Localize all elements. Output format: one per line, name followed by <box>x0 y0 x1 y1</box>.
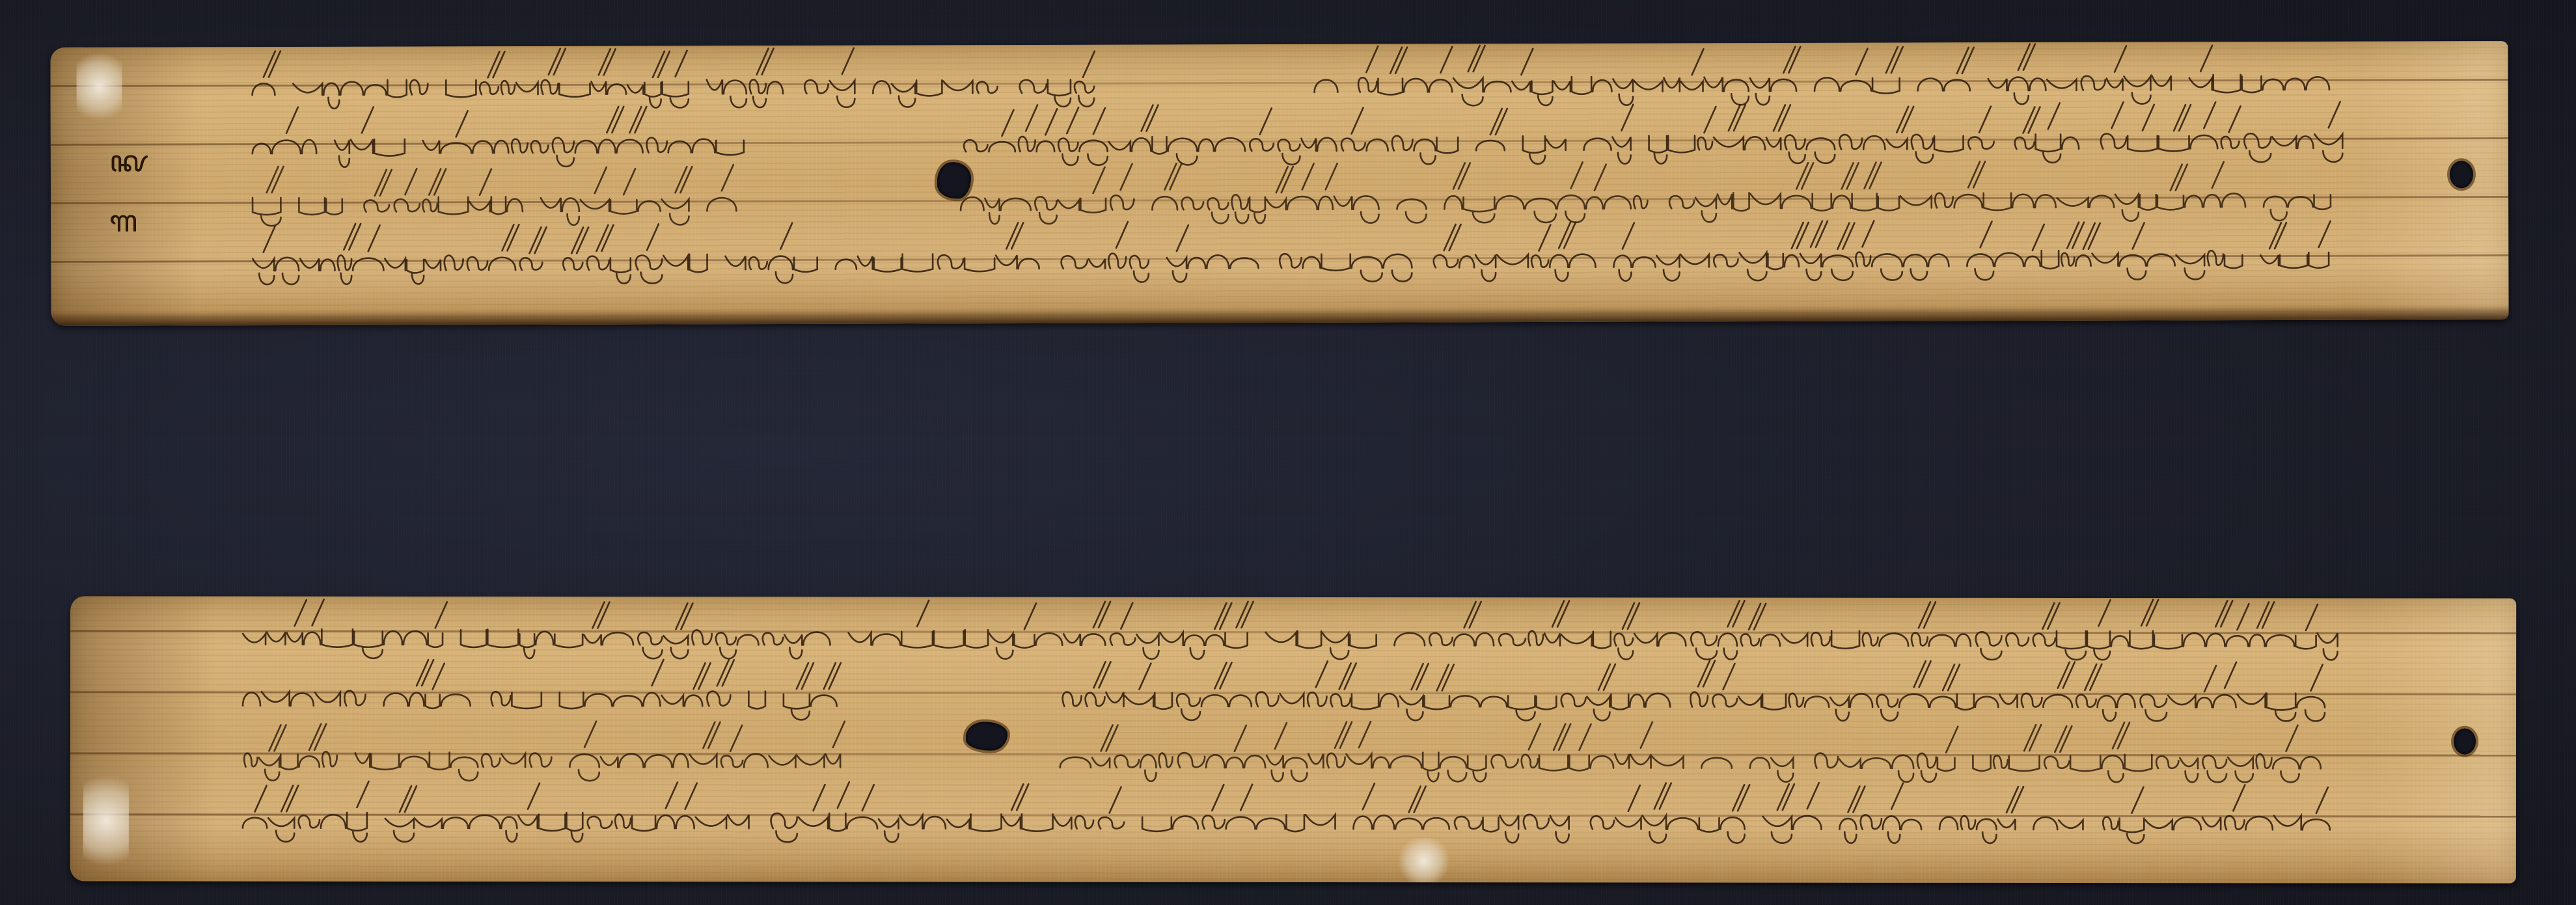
script-line <box>243 788 2338 848</box>
script-line <box>253 225 2335 289</box>
palm-leaf-bottom <box>70 596 2516 883</box>
margin-page-glyph: ꦑ <box>109 139 148 200</box>
script-line <box>253 167 2335 230</box>
binding-hole-center <box>937 162 971 198</box>
margin-page-glyph: ꦒ <box>109 198 137 260</box>
binding-hole-end <box>2454 729 2476 755</box>
leaf-damage-spot <box>76 47 122 126</box>
leaf-damage-spot <box>83 765 129 876</box>
script-line <box>243 727 2338 787</box>
script-line <box>253 108 2335 172</box>
binding-hole-end <box>2450 161 2473 188</box>
leaf-damage-spot <box>1398 838 1450 883</box>
script-line <box>252 49 2335 113</box>
script-line <box>243 666 2338 726</box>
binding-hole-center <box>966 722 1007 751</box>
burnt-edge <box>51 305 2509 326</box>
palm-leaf-top: ꦑ ꦒ <box>50 41 2508 326</box>
script-line <box>243 604 2338 665</box>
